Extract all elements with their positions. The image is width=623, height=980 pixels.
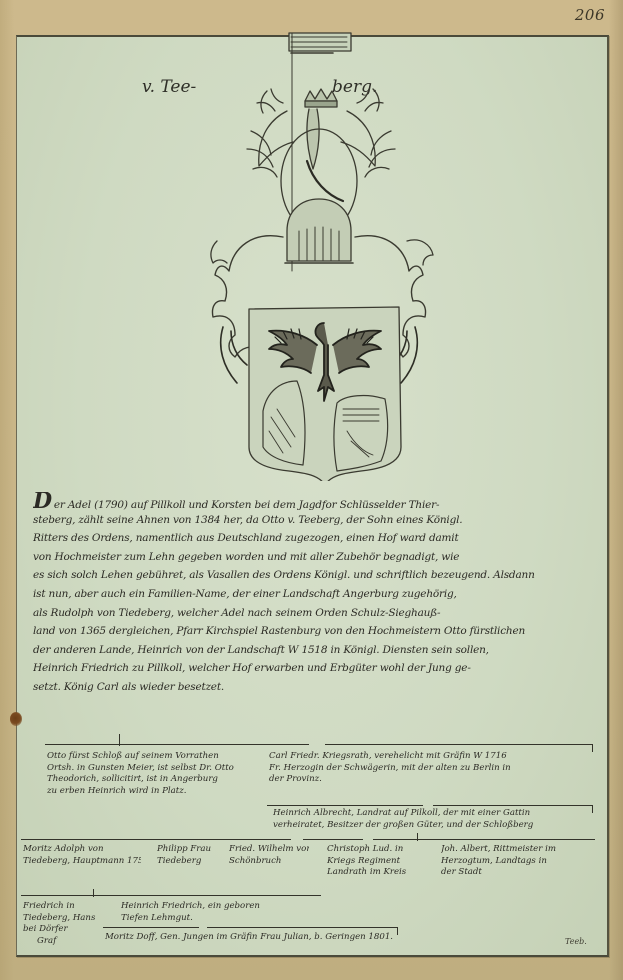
- genealogy-entry-christoph: Christoph Lud. in Kriegs Regiment Landra…: [327, 844, 427, 879]
- tree-line: [103, 927, 199, 928]
- genealogy-entry-albert: Joh. Albert, Rittmeister im Herzogtum, L…: [441, 844, 591, 879]
- footer-note: Teeb.: [565, 937, 587, 946]
- genealogy-entry-heinrich: Heinrich Albrecht, Landrat auf Pilkoll, …: [273, 808, 591, 831]
- genealogy-entry-philipp: Philipp Frau Tiedeberg: [157, 844, 227, 867]
- tree-line: [417, 833, 418, 841]
- genealogy-entry-carl: Carl Friedr. Kriegsrath, verehelicht mit…: [269, 751, 591, 786]
- tree-line: [373, 839, 595, 840]
- tree-line: [303, 839, 363, 840]
- tree-line: [325, 744, 593, 745]
- tree-line: [267, 805, 423, 806]
- tree-line: [93, 889, 94, 897]
- ink-stain: [10, 712, 22, 726]
- tree-line: [45, 744, 309, 745]
- genealogy-entry-friedrich2: Friedrich in Tiedeberg, Hans bei Dörfer …: [23, 901, 103, 947]
- page-number: 206: [575, 6, 605, 24]
- genealogy-entry-friedrich: Fried. Wilhelm von Schönbruch: [229, 844, 309, 867]
- tree-line: [592, 805, 593, 813]
- genealogy-entry-otto: Otto fürst Schloß auf seinem Vorrathen O…: [47, 751, 265, 797]
- tree-line: [21, 895, 321, 896]
- tree-line: [207, 927, 397, 928]
- tree-line: [592, 744, 593, 752]
- manuscript-sheet: v. Tee- berg.: [16, 35, 609, 957]
- genealogy-entry-heinrich2: Heinrich Friedrich, ein geboren Tiefen L…: [121, 901, 321, 924]
- tree-line: [433, 805, 593, 806]
- genealogy-entry-moritz2: Moritz Doff, Gen. Jungen im Gräfin Frau …: [105, 932, 405, 944]
- genealogy-entry-moritz: Moritz Adolph von Tiedeberg, Hauptmann 1…: [23, 844, 141, 867]
- genealogy-tree: Otto fürst Schloß auf seinem Vorrathen O…: [17, 37, 607, 955]
- tree-line: [21, 839, 291, 840]
- tree-line: [119, 734, 120, 746]
